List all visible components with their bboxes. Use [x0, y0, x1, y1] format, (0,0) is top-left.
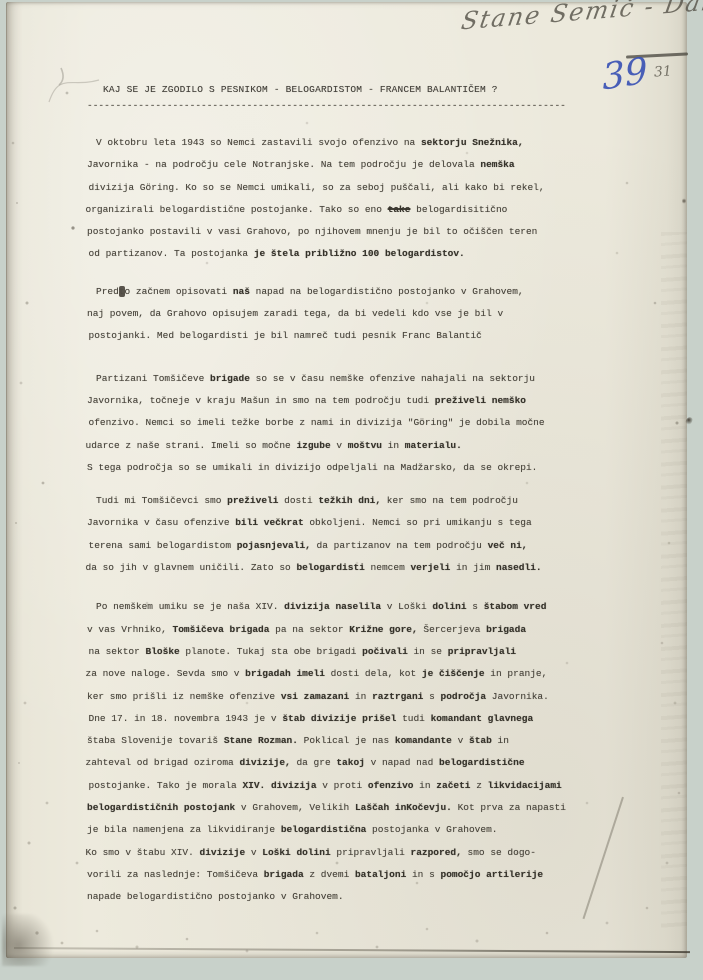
paragraph: Po nemškem umiku se je naša XIV. divizij… [87, 596, 663, 908]
text-line: od partizanov. Ta postojanka je štela pr… [89, 243, 665, 265]
scan-mottling [661, 232, 687, 932]
text-line: zahteval od brigad oziroma divizije, da … [86, 752, 662, 774]
text-line: terena sami belogardistom pojasnjevali, … [89, 535, 665, 557]
text-line: vorili za naslednje: Tomšičeva brigada z… [87, 864, 663, 886]
text-line: udarce z naše strani. Imeli so močne izg… [86, 435, 662, 457]
text-line: Tudi mi Tomšičevci smo preživeli dosti t… [87, 490, 663, 512]
document-page: Stane Semič - Daki 39 31 KAJ SE JE ZGODI… [6, 2, 687, 958]
text-line: Partizani Tomšičeve brigade so se v času… [87, 368, 663, 390]
text-line: štaba Slovenije tovariš Stane Rozman. Po… [87, 730, 663, 752]
text-line: belogardističnih postojank v Grahovem, V… [87, 797, 663, 819]
text-line: divizija Göring. Ko so se Nemci umikali,… [89, 177, 665, 199]
paragraph: Predto začnem opisovati naš napad na bel… [87, 281, 663, 348]
text-line: postojanko postavili v vasi Grahovo, po … [87, 221, 663, 243]
text-line: Ko smo v štabu XIV. divizije v Loški dol… [86, 842, 662, 864]
text-line: organizirali belogardistične postojanke.… [86, 199, 662, 221]
text-line: Javornika, točneje v kraju Mašun in smo … [87, 390, 663, 412]
text-line: postojanke. Tako je morala XIV. divizija… [89, 775, 665, 797]
document-body: V oktobru leta 1943 so Nemci zastavili s… [87, 132, 663, 909]
text-line: postojanki. Med belogardisti je bil namr… [89, 325, 665, 347]
text-line: za nove naloge. Sevda smo v brigadah ime… [86, 663, 662, 685]
text-line: v vas Vrhniko, Tomšičeva brigada pa na s… [87, 619, 663, 641]
paragraph: V oktobru leta 1943 so Nemci zastavili s… [87, 132, 663, 266]
text-line: ofenzivo. Nemci so imeli težke borbe z n… [89, 412, 665, 434]
text-line: ker smo prišli iz nemške ofenzive vsi za… [87, 686, 663, 708]
text-line: da so jih v glavnem uničili. Zato so bel… [86, 557, 662, 579]
scanned-page-background: { "annotations": { "handwritten_name": "… [0, 0, 703, 980]
document-title: KAJ SE JE ZGODILO S PESNIKOM - BELOGARDI… [87, 83, 663, 97]
text-line: Javornika v času ofenzive bili večkrat o… [87, 512, 663, 534]
text-line: naj povem, da Grahovo opisujem zaradi te… [87, 303, 663, 325]
text-line: V oktobru leta 1943 so Nemci zastavili s… [87, 132, 663, 154]
text-line: S tega področja so se umikali in divizij… [87, 457, 663, 479]
text-line: Predto začnem opisovati naš napad na bel… [87, 281, 663, 303]
paragraph: Tudi mi Tomšičevci smo preživeli dosti t… [87, 490, 663, 579]
ink-smudge [682, 198, 686, 204]
text-line: Po nemškem umiku se je naša XIV. divizij… [87, 596, 663, 618]
text-line: napade belogardistično postojanko v Grah… [87, 886, 663, 908]
title-underline: ----------------------------------------… [87, 99, 663, 113]
photocopy-edge-line [14, 947, 690, 953]
corner-smudge [2, 914, 58, 966]
paragraph: Partizani Tomšičeve brigade so se v času… [87, 368, 663, 479]
text-line: na sektor Bloške planote. Tukaj sta obe … [89, 641, 665, 663]
text-line: Javornika - na področju cele Notranjske.… [87, 154, 663, 176]
typewritten-content: KAJ SE JE ZGODILO S PESNIKOM - BELOGARDI… [6, 2, 687, 909]
photocopy-specks [6, 2, 8, 4]
text-line: je bila namenjena za likvidiranje beloga… [87, 819, 663, 841]
text-line: Dne 17. in 18. novembra 1943 je v štab d… [89, 708, 665, 730]
